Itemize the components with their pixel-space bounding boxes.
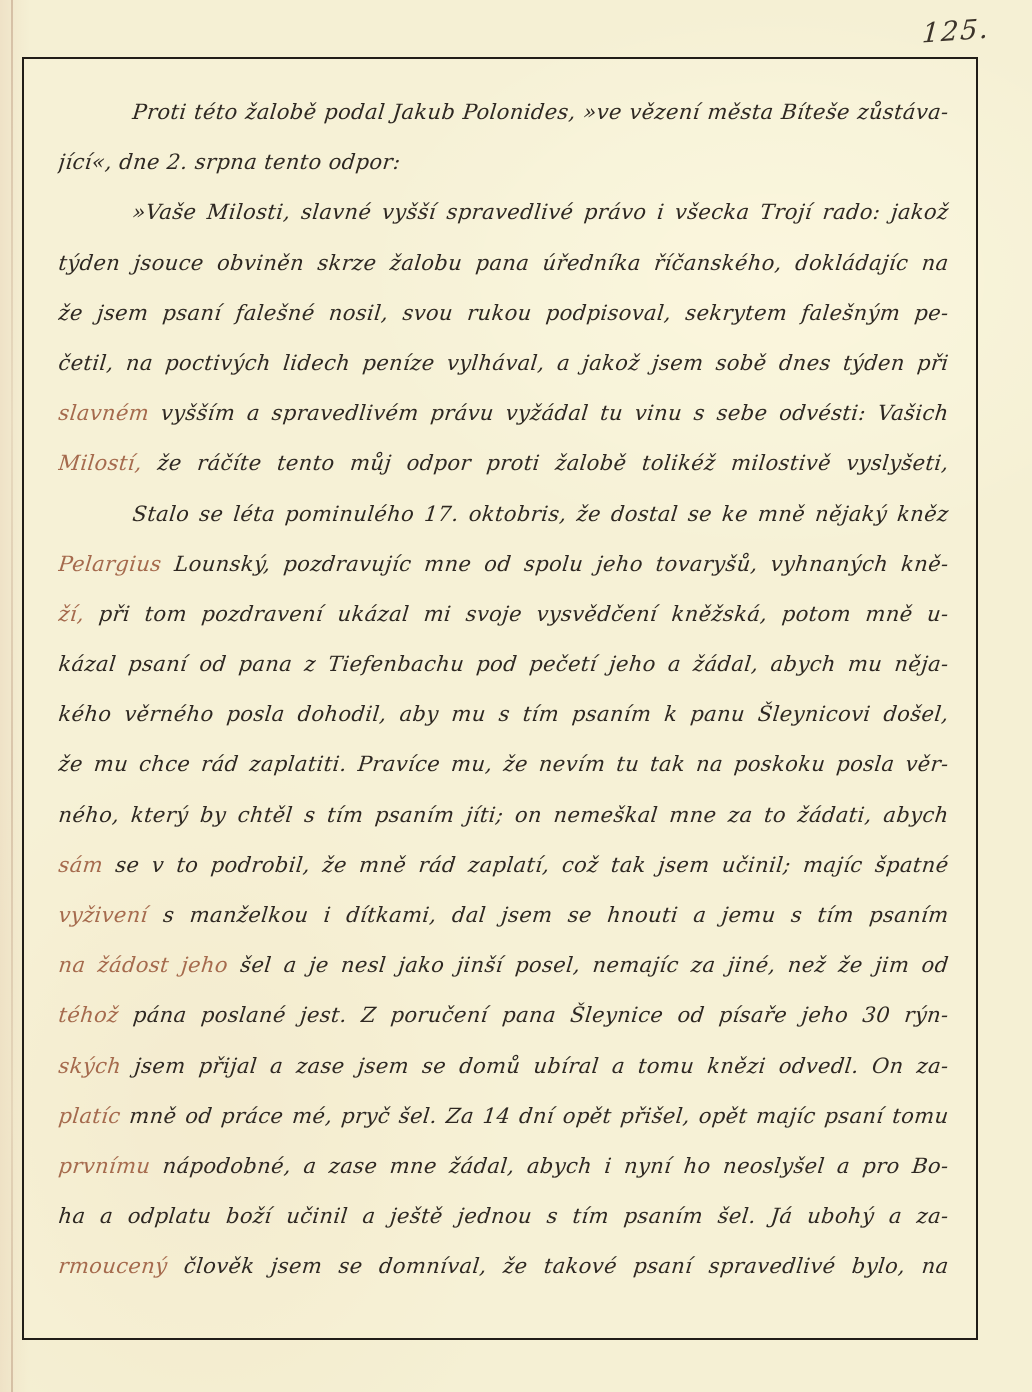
faded-ink-text: prvnímu xyxy=(57,1154,151,1178)
faded-ink-text: platíc xyxy=(57,1104,122,1128)
text-line: ží, při tom pozdravení ukázal mi svoje v… xyxy=(56,589,951,639)
faded-ink-text: Milostí, xyxy=(57,451,143,475)
faded-ink-text: slavném xyxy=(57,401,150,425)
text-line: vyživení s manželkou i dítkami, dal jsem… xyxy=(56,890,951,940)
text-line: Stalo se léta pominulého 17. oktobris, ž… xyxy=(56,489,951,539)
text-line: že mu chce rád zaplatiti. Pravíce mu, že… xyxy=(56,739,951,789)
text-line: sám se v to podrobil, že mně rád zaplatí… xyxy=(56,840,951,890)
text-line: jící«, dne 2. srpna tento odpor: xyxy=(56,137,951,187)
text-line: Pelargius Lounský, pozdravujíc mne od sp… xyxy=(56,539,951,589)
faded-ink-text: rmoucený xyxy=(57,1254,168,1278)
text-line: týden jsouce obviněn skrze žalobu pana ú… xyxy=(56,238,951,288)
faded-ink-text: Pelargius xyxy=(57,552,162,576)
text-line: že jsem psaní falešné nosil, svou rukou … xyxy=(56,288,951,338)
faded-ink-text: sám xyxy=(57,853,104,877)
text-line: Proti této žalobě podal Jakub Polonides,… xyxy=(56,87,951,137)
text-line: slavném vyšším a spravedlivém právu vyžá… xyxy=(56,388,951,438)
faded-ink-text: na žádost jeho xyxy=(57,953,229,977)
text-line: rmoucený člověk jsem se domníval, že tak… xyxy=(56,1241,951,1291)
text-line: četil, na poctivých lidech peníze vylháv… xyxy=(56,338,951,388)
page-border-frame: Proti této žalobě podal Jakub Polonides,… xyxy=(22,57,978,1340)
text-line: »Vaše Milosti, slavné vyšší spravedlivé … xyxy=(56,187,951,237)
text-line: ských jsem přijal a zase jsem se domů ub… xyxy=(56,1041,951,1091)
faded-ink-text: ží, xyxy=(57,602,85,626)
text-line: na žádost jeho šel a je nesl jako jinší … xyxy=(56,940,951,990)
faded-ink-text: téhož xyxy=(57,1003,120,1027)
faded-ink-text: vyživení xyxy=(57,903,149,927)
text-line: ného, který by chtěl s tím psaním jíti; … xyxy=(56,790,951,840)
text-line: kázal psaní od pana z Tiefenbachu pod pe… xyxy=(56,639,951,689)
text-line: téhož pána poslané jest. Z poručení pana… xyxy=(56,990,951,1040)
faded-ink-text: ských xyxy=(57,1054,122,1078)
text-line: platíc mně od práce mé, pryč šel. Za 14 … xyxy=(56,1091,951,1141)
text-line: prvnímu nápodobné, a zase mne žádal, aby… xyxy=(56,1141,951,1191)
text-line: Milostí, že ráčíte tento můj odpor proti… xyxy=(56,438,951,488)
text-line: ha a odplatu boží učinil a ještě jednou … xyxy=(56,1191,951,1241)
page-number: 125. xyxy=(921,14,991,50)
fold-crease xyxy=(11,0,13,1392)
manuscript-page: 125. Proti této žalobě podal Jakub Polon… xyxy=(0,0,1032,1392)
text-line: kého věrného posla dohodil, aby mu s tím… xyxy=(56,689,951,739)
text-lines: Proti této žalobě podal Jakub Polonides,… xyxy=(56,87,946,1292)
